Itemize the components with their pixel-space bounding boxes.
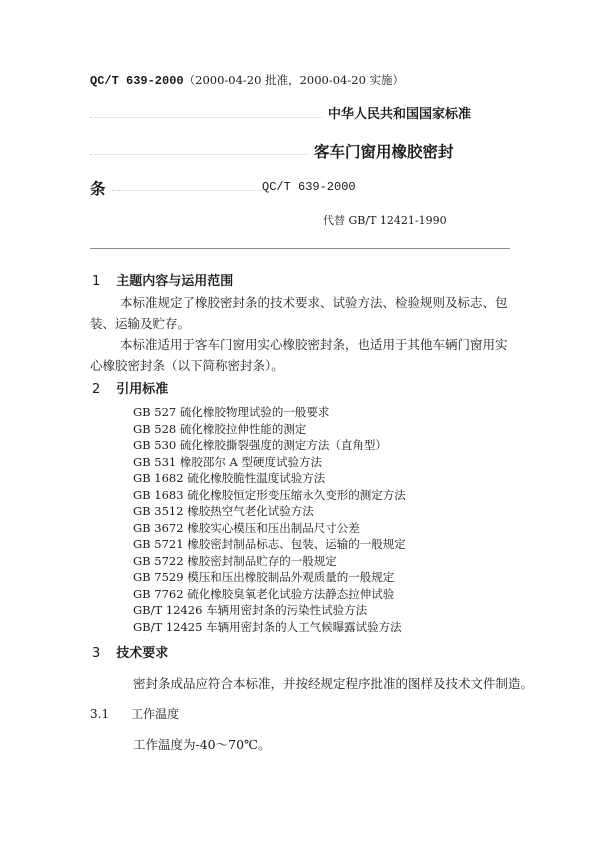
leader-dots bbox=[90, 117, 322, 118]
standard-number: QC/T 639-2000 bbox=[262, 180, 356, 194]
subsection-3-1-text: 工作温度为-40～70℃。 bbox=[133, 734, 271, 755]
reference-item: GB 1682 硫化橡胶脆性温度试验方法 bbox=[133, 470, 406, 487]
reference-item: GB 1683 硫化橡胶恒定形变压缩永久变形的测定方法 bbox=[133, 487, 406, 504]
standard-code: QC/T 639-2000 bbox=[90, 74, 184, 88]
reference-item: GB 3512 橡胶热空气老化试验方法 bbox=[133, 503, 406, 520]
section-2-heading: 2引用标准 bbox=[92, 378, 168, 397]
leader-dots bbox=[90, 154, 308, 155]
section-number: 1 bbox=[92, 274, 100, 289]
document-title-continued: 条 bbox=[90, 177, 106, 199]
reference-item: GB/T 12426 车辆用密封条的污染性试验方法 bbox=[133, 602, 406, 619]
reference-item: GB 531 橡胶邵尔 A 型硬度试验方法 bbox=[133, 454, 406, 471]
approval-dates: （2000-04-20 批准，2000-04-20 实施） bbox=[184, 73, 404, 87]
paragraph-line: 本标准适用于客车门窗用实心橡胶密封条，也适用于其他车辆门窗用实 bbox=[90, 334, 510, 355]
reference-item: GB 527 硫化橡胶物理试验的一般要求 bbox=[133, 404, 406, 421]
subsection-3-1-heading: 3.1工作温度 bbox=[90, 705, 179, 722]
reference-item: GB 530 硫化橡胶撕裂强度的测定方法（直角型） bbox=[133, 437, 406, 454]
standard-code-line: QC/T 639-2000（2000-04-20 批准，2000-04-20 实… bbox=[90, 72, 404, 88]
reference-item: GB 5722 橡胶密封制品贮存的一般规定 bbox=[133, 553, 406, 570]
section-title: 引用标准 bbox=[116, 382, 168, 397]
reference-item: GB 3672 橡胶实心模压和压出制品尺寸公差 bbox=[133, 520, 406, 537]
section-1-paragraph-2: 本标准适用于客车门窗用实心橡胶密封条，也适用于其他车辆门窗用实 心橡胶密封条（以… bbox=[90, 334, 510, 376]
reference-item: GB/T 12425 车辆用密封条的人工气候曝露试验方法 bbox=[133, 619, 406, 636]
paragraph-line: 心橡胶密封条（以下简称密封条）。 bbox=[90, 355, 510, 376]
paragraph-line: 本标准规定了橡胶密封条的技术要求、试验方法、检验规则及标志、包 bbox=[90, 292, 510, 313]
section-number: 2 bbox=[92, 382, 100, 397]
reference-item: GB 5721 橡胶密封制品标志、包装、运输的一般规定 bbox=[133, 536, 406, 553]
leader-dots bbox=[112, 190, 262, 191]
section-number: 3 bbox=[92, 646, 100, 661]
paragraph-line: 装、运输及贮存。 bbox=[90, 313, 510, 334]
section-title: 技术要求 bbox=[116, 646, 168, 661]
section-3-heading: 3技术要求 bbox=[92, 642, 168, 661]
reference-list: GB 527 硫化橡胶物理试验的一般要求 GB 528 硫化橡胶拉伸性能的测定 … bbox=[133, 404, 406, 635]
header-divider bbox=[90, 248, 510, 249]
subsection-title: 工作温度 bbox=[131, 707, 179, 721]
replaces-note: 代替 GB/T 12421-1990 bbox=[323, 212, 447, 228]
reference-item: GB 7529 模压和压出橡胶制品外观质量的一般规定 bbox=[133, 569, 406, 586]
section-1-paragraph-1: 本标准规定了橡胶密封条的技术要求、试验方法、检验规则及标志、包 装、运输及贮存。 bbox=[90, 292, 510, 334]
document-title: 客车门窗用橡胶密封 bbox=[314, 140, 454, 162]
reference-item: GB 528 硫化橡胶拉伸性能的测定 bbox=[133, 421, 406, 438]
section-3-paragraph: 密封条成品应符合本标准，并按经规定程序批准的图样及技术文件制造。 bbox=[133, 673, 533, 694]
national-standard-label: 中华人民共和国国家标准 bbox=[328, 103, 471, 122]
reference-item: GB 7762 硫化橡胶臭氧老化试验方法静态拉伸试验 bbox=[133, 586, 406, 603]
section-title: 主题内容与运用范围 bbox=[116, 274, 233, 289]
subsection-number: 3.1 bbox=[90, 707, 109, 721]
section-1-heading: 1主题内容与运用范围 bbox=[92, 270, 233, 289]
